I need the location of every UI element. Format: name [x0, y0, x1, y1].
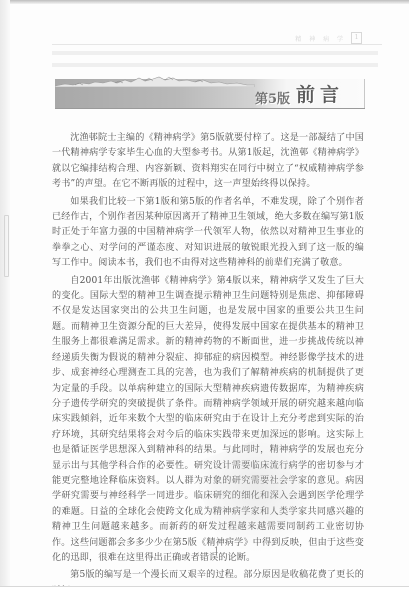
bleed-through-running-title: 精 神 病 学	[295, 34, 346, 43]
preface-body: 沈渔邨院士主编的《精神病学》第5版就要付梓了。这是一部凝结了中国一代精神病学专家…	[52, 131, 364, 599]
book-page: 精 神 病 学 1 第5版 前言 沈渔邨院士主编的《精神病学》第5版就要付梓了。…	[0, 0, 409, 604]
page-number: 1	[214, 546, 219, 555]
chapter-banner: 第5版 前言	[55, 79, 365, 109]
paragraph: 如果我们比较一下第1版和第5版的作者名单，不难发现，除了个别作者已经作古，个别作…	[52, 195, 364, 272]
bleed-through-page-box: 1	[351, 32, 362, 44]
bleed-through-header: 精 神 病 学 1	[52, 34, 382, 45]
banner-title: 第5版 前言	[255, 81, 344, 107]
scan-bottom-edge	[0, 586, 409, 604]
paragraph: 自2001年出版沈渔邨《精神病学》第4版以来，精神病学又发生了巨大的变化。国际大…	[52, 274, 364, 567]
scan-top-edge	[0, 0, 409, 4]
edition-label: 第5版	[255, 88, 290, 107]
paragraph: 沈渔邨院士主编的《精神病学》第5版就要付梓了。这是一部凝结了中国一代精神病学专家…	[52, 131, 364, 193]
page-title: 前言	[296, 80, 344, 107]
book-gutter	[0, 0, 10, 586]
bleed-through-line	[52, 63, 378, 67]
gutter-mark	[4, 215, 9, 277]
skyline-illustration-icon	[55, 75, 255, 87]
bleed-through-line	[52, 51, 378, 55]
